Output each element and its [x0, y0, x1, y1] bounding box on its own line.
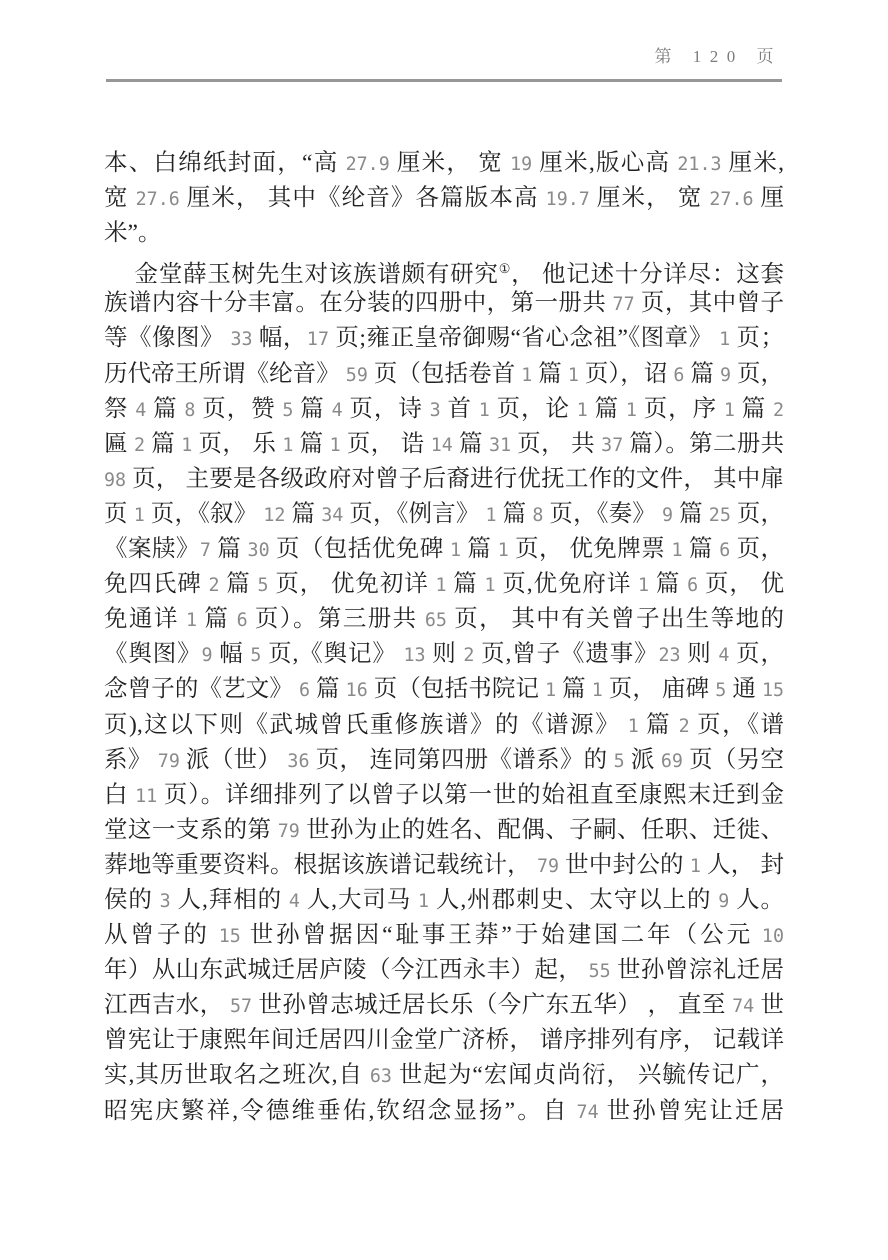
inline-number: 4 [289, 891, 300, 912]
inline-number: 5 [614, 751, 625, 772]
inline-number: 4 [332, 400, 343, 421]
inline-number: 3 [160, 891, 171, 912]
text-line: 侯的 3 人,拜相的 4 人,大司马 1 人,州郡刺史、太守以上的 9 人。 [104, 883, 784, 918]
inline-number: 8 [184, 400, 195, 421]
inline-number: 1 [672, 540, 683, 561]
inline-number: 63 [370, 1066, 392, 1087]
inline-number: 1 [282, 435, 293, 456]
inline-number: 1 [724, 400, 735, 421]
inline-number: 33 [230, 329, 252, 350]
text-line: 祭 4 篇 8 页，赞 5 篇 4 页，诗 3 首 1 页，论 1 篇 1 页，… [104, 392, 784, 427]
inline-number: 6 [719, 540, 730, 561]
inline-number: 4 [718, 645, 729, 666]
inline-number: 27.9 [346, 154, 390, 175]
text-line: 宽 27.6 厘米， 其中《纶音》各篇版本高 19.7 厘米， 宽 27.6 厘 [104, 181, 784, 216]
inline-number: 15 [219, 926, 241, 947]
inline-number: 1 [592, 680, 603, 701]
inline-number: 19 [510, 154, 532, 175]
inline-number: 36 [287, 751, 309, 772]
text-line: 曾宪让于康熙年间迁居四川金堂广济桥， 谱序排列有序， 记载详 [104, 1023, 784, 1058]
inline-number: 10 [762, 926, 784, 947]
inline-number: 69 [661, 751, 683, 772]
inline-number: 1 [638, 575, 649, 596]
inline-number: 21.3 [677, 154, 721, 175]
text-line: 系》 79 派（世） 36 页， 连同第四册《谱系》的 5 派 69 页（另空 [104, 743, 784, 778]
inline-number: 15 [762, 680, 784, 701]
inline-number: 6 [299, 680, 310, 701]
inline-number: 59 [346, 365, 368, 386]
inline-number: 1 [628, 716, 639, 737]
inline-number: 5 [250, 645, 261, 666]
text-line: 98 页， 主要是各级政府对曾子后裔进行优抚工作的文件， 其中扉 [104, 462, 784, 497]
header-rule [106, 79, 782, 82]
text-line: 实,其历世取名之班次,自 63 世起为“宏闻贞尚衍， 兴毓传记广， [104, 1058, 784, 1093]
inline-number: 9 [720, 365, 731, 386]
inline-number: 79 [278, 821, 300, 842]
inline-number: 1 [450, 540, 461, 561]
inline-number: 13 [403, 645, 425, 666]
inline-number: 57 [230, 996, 252, 1017]
inline-number: 27.6 [136, 189, 180, 210]
inline-number: 17 [307, 329, 329, 350]
text-line: 族谱内容十分丰富。在分装的四册中，第一册共 77 页，其中曾子 [104, 286, 784, 321]
inline-number: 6 [687, 575, 698, 596]
inline-number: 1 [719, 329, 730, 350]
inline-number: 2 [463, 645, 474, 666]
text-line: 《案牍》7 篇 30 页（包括优免碑 1 篇 1 页， 优免牌票 1 篇 6 页… [104, 532, 784, 567]
inline-number: 1 [568, 365, 579, 386]
inline-number: 34 [321, 505, 343, 526]
inline-number: 98 [104, 470, 126, 491]
text-line: 江西吉水， 57 世孙曾志城迁居长乐（今广东五华） ， 直至 74 世孙 [104, 988, 784, 1023]
text-line: 年）从山东武城迁居庐陵（今江西永丰）起， 55 世孙曾淙礼迁居 [104, 953, 784, 988]
inline-number: 7 [200, 540, 211, 561]
inline-number: 4 [135, 400, 146, 421]
text-line: 昭宪庆繁祥,令德维垂佑,钦绍念显扬”。自 74 世孙曾宪让迁居 [104, 1094, 784, 1129]
inline-number: 1 [486, 505, 497, 526]
inline-number: 79 [158, 751, 180, 772]
inline-number: 2 [679, 716, 690, 737]
page-number-label: 第 120 页 [106, 42, 782, 67]
text-line: 《舆图》9 幅 5 页,《舆记》 13 则 2 页,曾子《遗事》23 则 4 页… [104, 637, 784, 672]
text-line: 白 11 页）。详细排列了以曾子以第一世的始祖直至康熙末迁到金 [104, 778, 784, 813]
text-line: 金堂薛玉树先生对该族谱颇有研究①， 他记述十分详尽：这套 [104, 251, 784, 286]
text-line: 匾 2 篇 1 页， 乐 1 篇 1 页， 诰 14 篇 31 页， 共 37 … [104, 427, 784, 462]
inline-number: 11 [135, 786, 157, 807]
inline-number: 1 [181, 435, 192, 456]
inline-number: 27.6 [709, 189, 753, 210]
inline-number: 77 [613, 294, 635, 315]
inline-number: 74 [577, 1102, 599, 1123]
inline-number: 1 [479, 400, 490, 421]
page-body-text: 本、白绵纸封面，“高 27.9 厘米， 宽 19 厘米,版心高 21.3 厘米,… [104, 146, 784, 1129]
inline-number: 14 [431, 435, 453, 456]
inline-number: 30 [248, 540, 270, 561]
inline-number: 31 [489, 435, 511, 456]
inline-number: 74 [732, 996, 754, 1017]
inline-number: 1 [134, 505, 145, 526]
text-line: 免通详 1 篇 6 页）。第三册共 65 页， 其中有关曾子出生等地的 [104, 602, 784, 637]
inline-number: 6 [673, 365, 684, 386]
inline-number: 9 [718, 891, 729, 912]
text-line: 堂这一支系的第 79 世孙为止的姓名、配偶、子嗣、任职、迁徙、 [104, 813, 784, 848]
text-line: 从曾子的 15 世孙曾据因“耻事王莽”于始建国二年（公元 10 [104, 918, 784, 953]
text-line: 等《像图》 33 幅，17 页;雍正皇帝御赐“省心念祖”《图章》 1 页； [104, 321, 784, 356]
inline-number: 1 [626, 400, 637, 421]
inline-number: 79 [537, 856, 559, 877]
inline-number: 5 [282, 400, 293, 421]
text-line: 米”。 [104, 216, 784, 251]
inline-number: 12 [263, 505, 285, 526]
text-line: 本、白绵纸封面，“高 27.9 厘米， 宽 19 厘米,版心高 21.3 厘米, [104, 146, 784, 181]
text-line: 页 1 页，《叙》 12 篇 34 页，《例言》 1 篇 8 页，《奏》 9 篇… [104, 497, 784, 532]
text-line: 历代帝王所谓《纶音》 59 页（包括卷首 1 篇 1 页），诏 6 篇 9 页， [104, 357, 784, 392]
inline-number: 1 [690, 856, 701, 877]
text-line: 葬地等重要资料。根据该族谱记载统计， 79 世中封公的 1 人， 封 [104, 848, 784, 883]
footnote-marker: ① [499, 261, 511, 276]
inline-number: 1 [498, 540, 509, 561]
inline-number: 5 [258, 575, 269, 596]
inline-number: 19.7 [546, 189, 590, 210]
inline-number: 23 [658, 645, 680, 666]
inline-number: 1 [577, 400, 588, 421]
document-page: 第 120 页 本、白绵纸封面，“高 27.9 厘米， 宽 19 厘米,版心高 … [0, 0, 888, 1260]
inline-number: 1 [418, 891, 429, 912]
text-line: 页),这以下则《武城曾氏重修族谱》的《谱源》 1 篇 2 页，《谱 [104, 708, 784, 743]
inline-number: 16 [346, 680, 368, 701]
inline-number: 1 [485, 575, 496, 596]
text-line: 念曾子的《艺文》 6 篇 16 页（包括书院记 1 篇 1 页， 庙碑 5 通 … [104, 672, 784, 707]
inline-number: 55 [589, 961, 611, 982]
inline-number: 2 [134, 435, 145, 456]
inline-number: 8 [532, 505, 543, 526]
inline-number: 37 [601, 435, 623, 456]
inline-number: 5 [715, 680, 726, 701]
inline-number: 9 [201, 645, 212, 666]
inline-number: 1 [435, 575, 446, 596]
inline-number: 2 [208, 575, 219, 596]
text-line: 免四氏碑 2 篇 5 页， 优免初详 1 篇 1 页,优免府详 1 篇 6 页，… [104, 567, 784, 602]
inline-number: 6 [237, 610, 248, 631]
inline-number: 3 [430, 400, 441, 421]
inline-number: 1 [186, 610, 197, 631]
inline-number: 65 [425, 610, 447, 631]
inline-number: 1 [330, 435, 341, 456]
inline-number: 1 [521, 365, 532, 386]
inline-number: 9 [662, 505, 673, 526]
inline-number: 2 [773, 400, 784, 421]
inline-number: 25 [709, 505, 731, 526]
inline-number: 1 [545, 680, 556, 701]
